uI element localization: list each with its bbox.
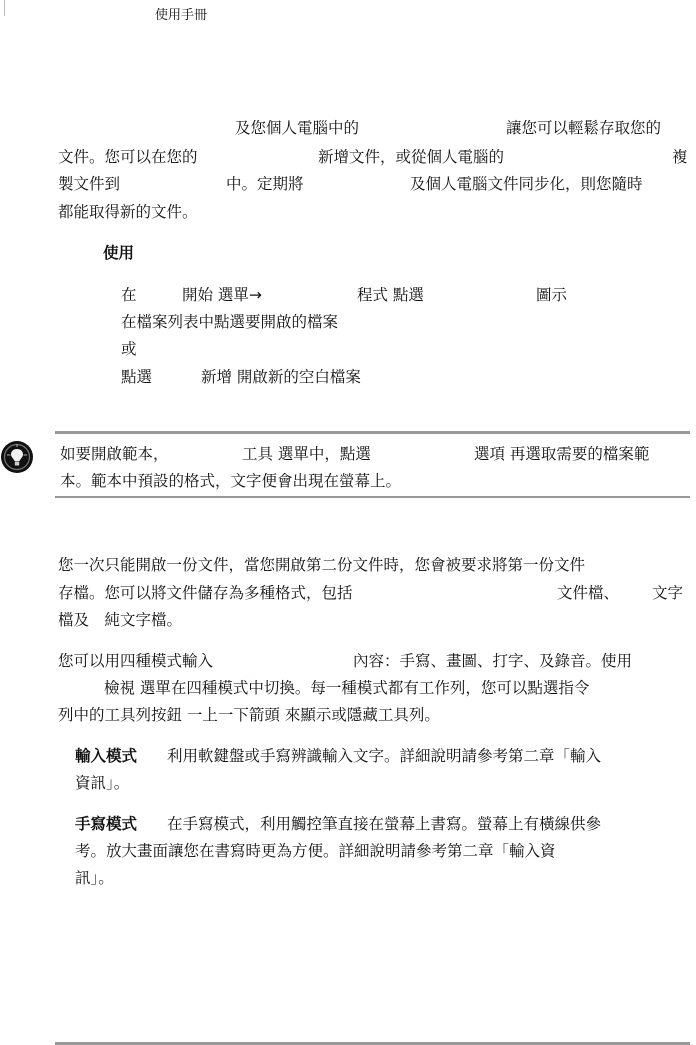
intro-line2-a: 文件。您可以在您的 xyxy=(58,147,198,167)
intro-line2-b: 新增文件，或從個人電腦的 xyxy=(318,147,504,167)
files-line2-b: 文件檔、 xyxy=(557,583,619,603)
writing-mode-title: 手寫模式 xyxy=(75,814,137,834)
input-mode-line1: 利用軟鍵盤或手寫辨識輸入文字。詳細說明請參考第二章「輸入 xyxy=(167,746,601,766)
intro-line3-c: 及個人電腦文件同步化，則您隨時 xyxy=(410,174,643,194)
files-line2-a: 存檔。您可以將文件儲存為多種格式，包括 xyxy=(58,583,353,603)
step-text: 或 xyxy=(121,339,137,359)
writing-mode-line2: 考。放大畫面讓您在書寫時更為方便。詳細說明請參考第二章「輸入資 xyxy=(75,841,556,861)
page-header-title: 使用手冊 xyxy=(155,4,207,23)
input-mode-title: 輸入模式 xyxy=(75,746,137,766)
tip-line1-a: 如要開啟範本， xyxy=(60,444,169,464)
step-text: 圖示 xyxy=(536,285,567,305)
modes-line3: 列中的工具列按鈕 一上一下箭頭 來顯示或隱藏工具列。 xyxy=(58,705,440,725)
lightbulb-icon xyxy=(0,440,34,474)
step-text: 在檔案列表中點選要開啟的檔案 xyxy=(121,312,338,332)
files-line3: 檔及 純文字檔。 xyxy=(58,610,182,630)
intro-line3-a: 製文件到 xyxy=(58,174,120,194)
intro-line3-b: 中。定期將 xyxy=(226,174,304,194)
modes-line1-b: 內容：手寫、畫圖、打字、及錄音。使用 xyxy=(353,651,632,671)
tip-line1-c: 選項 再選取需要的檔案範 xyxy=(474,444,649,464)
writing-mode-line1: 在手寫模式，利用觸控筆直接在螢幕上書寫。螢幕上有橫線供參 xyxy=(167,814,601,834)
files-line1: 您一次只能開啟一份文件，當您開啟第二份文件時，您會被要求將第一份文件 xyxy=(58,555,585,575)
tip-bottom-rule xyxy=(55,496,690,498)
step-text: 開始 選單→ xyxy=(182,285,262,305)
files-line2-c: 文字 xyxy=(652,583,683,603)
margin-rule xyxy=(4,0,5,16)
intro-line2-c: 複 xyxy=(672,147,688,167)
modes-line2: 檢視 選單在四種模式中切換。每一種模式都有工作列，您可以點選指令 xyxy=(104,678,589,698)
usage-heading: 使用 xyxy=(103,243,134,263)
modes-line1-a: 您可以用四種模式輸入 xyxy=(58,651,213,671)
step-text: 點選 xyxy=(121,367,152,387)
input-mode-line2: 資訊」。 xyxy=(75,773,129,793)
step-text: 程式 點選 xyxy=(357,285,424,305)
tip-line1-b: 工具 選單中，點選 xyxy=(242,444,371,464)
writing-mode-line3: 訊」。 xyxy=(75,868,114,888)
step-text: 新增 開啟新的空白檔案 xyxy=(201,367,361,387)
intro-line1-b: 讓您可以輕鬆存取您的 xyxy=(506,118,661,138)
tip-top-rule xyxy=(55,431,690,434)
intro-line4: 都能取得新的文件。 xyxy=(58,202,198,222)
tip-line2: 本。範本中預設的格式，文字便會出現在螢幕上。 xyxy=(60,471,401,491)
intro-line1-a: 及您個人電腦中的 xyxy=(235,118,359,138)
step-text: 在 xyxy=(121,285,137,305)
